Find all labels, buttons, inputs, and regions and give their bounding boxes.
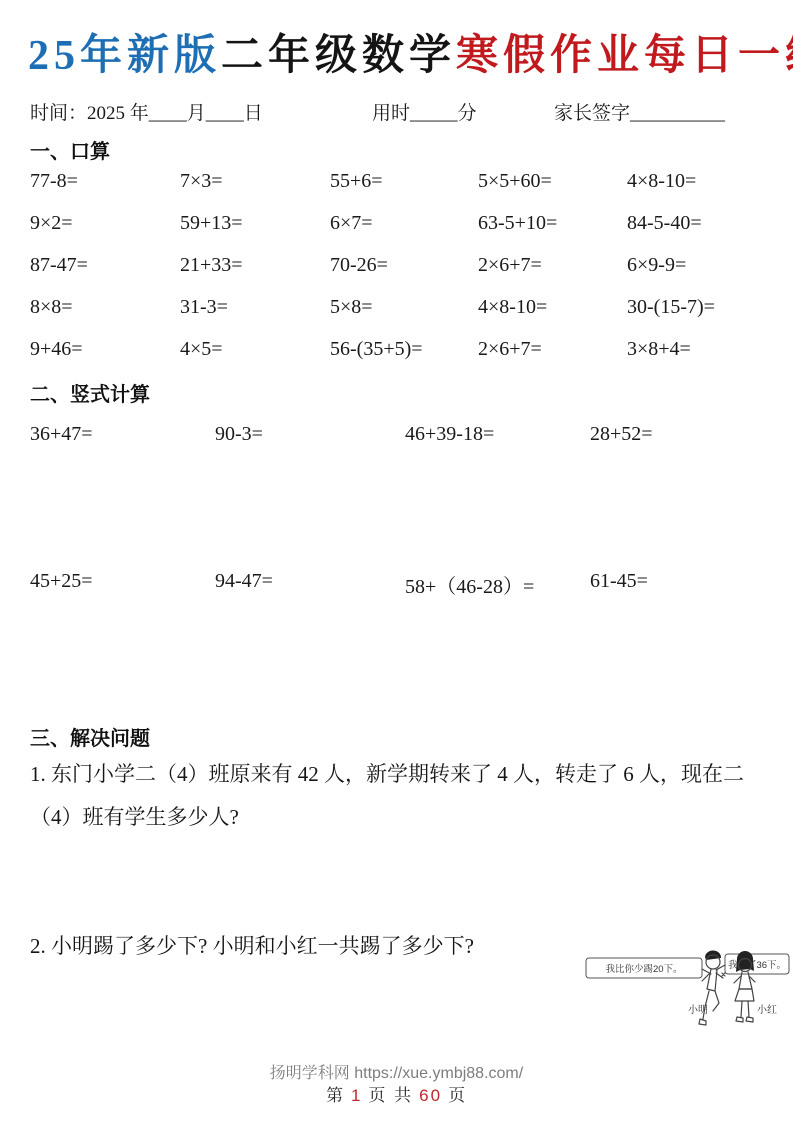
- vertical-row: 36+47= 90-3= 46+39-18= 28+52=: [30, 423, 775, 449]
- vertical-problem: 36+47=: [30, 423, 93, 446]
- oral-problem: 9×2=: [30, 212, 73, 235]
- oral-problem: 63-5+10=: [478, 212, 557, 235]
- oral-problem: 77-8=: [30, 170, 78, 193]
- duration-blank-field: 用时_____分: [372, 98, 477, 125]
- oral-problem: 9+46=: [30, 338, 83, 361]
- kids-kicking-illustration: 我比你少踢20下。 我踢了36下。 小明: [585, 945, 790, 1050]
- vertical-problem: 46+39-18=: [405, 423, 494, 446]
- oral-problem: 4×8-10=: [478, 296, 547, 319]
- speech-bubble-left-text: 我比你少踢20下。: [605, 963, 682, 975]
- parent-signature-blank-field: 家长签字__________: [554, 98, 725, 125]
- oral-problem: 2×6+7=: [478, 338, 542, 361]
- vertical-problem: 90-3=: [215, 423, 263, 446]
- oral-problem: 59+13=: [180, 212, 243, 235]
- section-heading-oral: 一、口算: [30, 135, 110, 164]
- oral-row: 9×2= 59+13= 6×7= 63-5+10= 84-5-40=: [30, 212, 775, 238]
- vertical-problem: 94-47=: [215, 570, 273, 593]
- vertical-problem: 61-45=: [590, 570, 648, 593]
- info-row: 时间：2025 年____月____日 用时_____分 家长签字_______…: [0, 98, 793, 126]
- oral-problem: 56-(35+5)=: [330, 338, 423, 361]
- date-blank-field: 时间：2025 年____月____日: [30, 98, 263, 125]
- vertical-row: 45+25= 94-47= 58+（46-28）= 61-45=: [30, 570, 775, 596]
- oral-problem: 55+6=: [330, 170, 383, 193]
- oral-problem: 31-3=: [180, 296, 228, 319]
- oral-row: 87-47= 21+33= 70-26= 2×6+7= 6×9-9=: [30, 254, 775, 280]
- section-heading-vertical: 二、竖式计算: [30, 378, 150, 407]
- page-title: 25年新版二年级数学寒假作业每日一练: [28, 22, 778, 82]
- title-grade-subject: 二年级数学: [221, 33, 456, 79]
- oral-problem: 4×8-10=: [627, 170, 696, 193]
- title-edition: 25年新版: [28, 33, 221, 79]
- vertical-problem: 28+52=: [590, 423, 653, 446]
- word-problem-1-line-1: 1. 东门小学二（4）班原来有 42 人，新学期转来了 4 人，转走了 6 人，…: [30, 758, 778, 788]
- oral-problem: 2×6+7=: [478, 254, 542, 277]
- oral-problem: 30-(15-7)=: [627, 296, 715, 319]
- oral-problem: 21+33=: [180, 254, 243, 277]
- oral-row: 9+46= 4×5= 56-(35+5)= 2×6+7= 3×8+4=: [30, 338, 775, 364]
- oral-problem: 3×8+4=: [627, 338, 691, 361]
- vertical-problem: 58+（46-28）=: [405, 570, 534, 599]
- footer-page-suffix: 页: [446, 1086, 469, 1105]
- oral-row: 77-8= 7×3= 55+6= 5×5+60= 4×8-10=: [30, 170, 775, 196]
- footer-current-page: 1: [347, 1086, 366, 1105]
- footer-page-middle: 页 共: [366, 1086, 415, 1105]
- girl-figure-icon: [734, 951, 755, 1022]
- oral-problem: 4×5=: [180, 338, 223, 361]
- oral-problem: 8×8=: [30, 296, 73, 319]
- speech-bubble-left: 我比你少踢20下。: [586, 958, 711, 978]
- title-homework: 寒假作业每日一练: [456, 33, 793, 79]
- boy-name-label: 小明: [688, 1003, 708, 1016]
- oral-problem: 70-26=: [330, 254, 388, 277]
- oral-row: 8×8= 31-3= 5×8= 4×8-10= 30-(15-7)=: [30, 296, 775, 322]
- oral-problem: 87-47=: [30, 254, 88, 277]
- footer-site-url: 扬明学科网 https://xue.ymbj88.com/: [0, 1060, 793, 1083]
- oral-problem: 6×9-9=: [627, 254, 686, 277]
- oral-problem: 5×5+60=: [478, 170, 552, 193]
- worksheet-page: 25年新版二年级数学寒假作业每日一练 时间：2025 年____月____日 用…: [0, 0, 793, 1122]
- footer-total-pages: 60: [415, 1086, 446, 1105]
- vertical-problem: 45+25=: [30, 570, 93, 593]
- oral-problem: 6×7=: [330, 212, 373, 235]
- oral-problem: 5×8=: [330, 296, 373, 319]
- footer-page-prefix: 第: [324, 1086, 347, 1105]
- word-problem-1-line-2: （4）班有学生多少人?: [30, 801, 778, 831]
- oral-problem: 7×3=: [180, 170, 223, 193]
- footer-page-indicator: 第1页 共60页: [0, 1081, 793, 1106]
- girl-name-label: 小红: [757, 1003, 777, 1016]
- oral-problem: 84-5-40=: [627, 212, 702, 235]
- section-heading-solve: 三、解决问题: [30, 722, 150, 751]
